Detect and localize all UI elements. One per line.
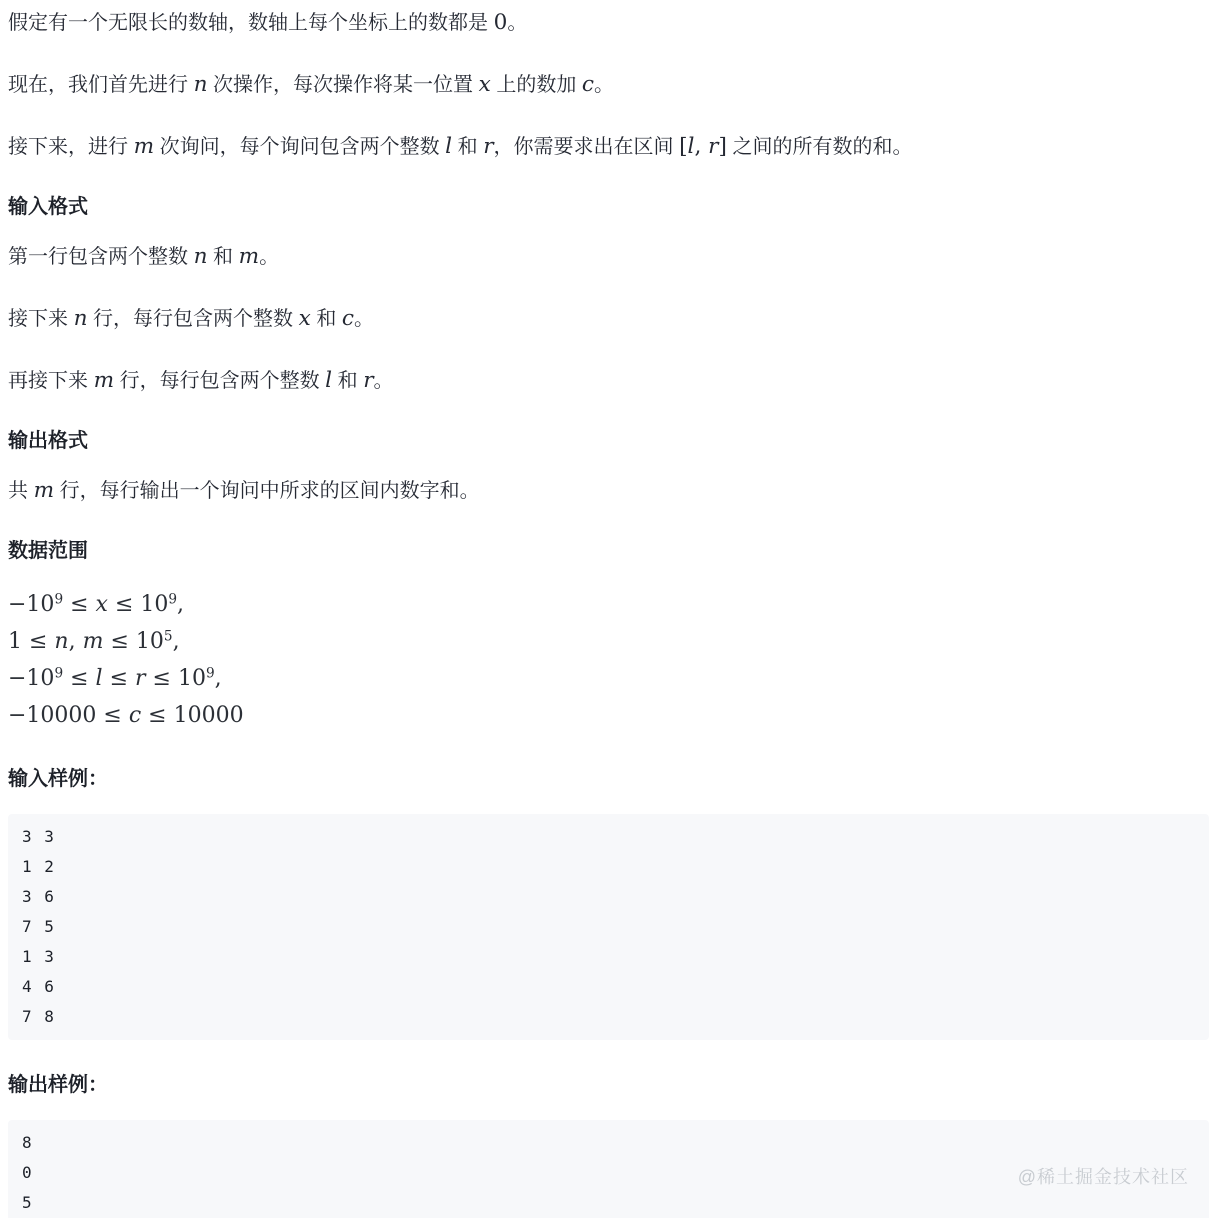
intro-paragraph-3: 接下来，进行 m 次询问，每个询问包含两个整数 l 和 r，你需要求出在区间 [… xyxy=(8,132,1209,162)
input-format-paragraph-2: 接下来 n 行，每行包含两个整数 x 和 c。 xyxy=(8,304,1209,334)
constraint-lr-range: −109 ≤ l ≤ r ≤ 109, xyxy=(8,660,1209,697)
input-format-paragraph-1: 第一行包含两个整数 n 和 m。 xyxy=(8,242,1209,272)
problem-statement-page: 假定有一个无限长的数轴，数轴上每个坐标上的数都是 0。 现在，我们首先进行 n … xyxy=(0,0,1217,1218)
input-format-heading: 输入格式 xyxy=(8,194,1209,220)
input-sample-heading: 输入样例： xyxy=(8,766,1209,792)
data-range-constraints: −109 ≤ x ≤ 109, 1 ≤ n, m ≤ 105, −109 ≤ l… xyxy=(8,586,1209,734)
intro-paragraph-2: 现在，我们首先进行 n 次操作，每次操作将某一位置 x 上的数加 c。 xyxy=(8,70,1209,100)
constraint-x-range: −109 ≤ x ≤ 109, xyxy=(8,586,1209,623)
intro-paragraph-1: 假定有一个无限长的数轴，数轴上每个坐标上的数都是 0。 xyxy=(8,8,1209,38)
input-format-paragraph-3: 再接下来 m 行，每行包含两个整数 l 和 r。 xyxy=(8,366,1209,396)
constraint-nm-range: 1 ≤ n, m ≤ 105, xyxy=(8,623,1209,660)
output-format-heading: 输出格式 xyxy=(8,428,1209,454)
output-sample-heading: 输出样例： xyxy=(8,1072,1209,1098)
output-sample-code: 8 0 5 xyxy=(8,1120,1209,1218)
input-sample-code: 3 3 1 2 3 6 7 5 1 3 4 6 7 8 xyxy=(8,814,1209,1040)
data-range-heading: 数据范围 xyxy=(8,538,1209,564)
output-format-paragraph: 共 m 行，每行输出一个询问中所求的区间内数字和。 xyxy=(8,476,1209,506)
constraint-c-range: −10000 ≤ c ≤ 10000 xyxy=(8,697,1209,734)
